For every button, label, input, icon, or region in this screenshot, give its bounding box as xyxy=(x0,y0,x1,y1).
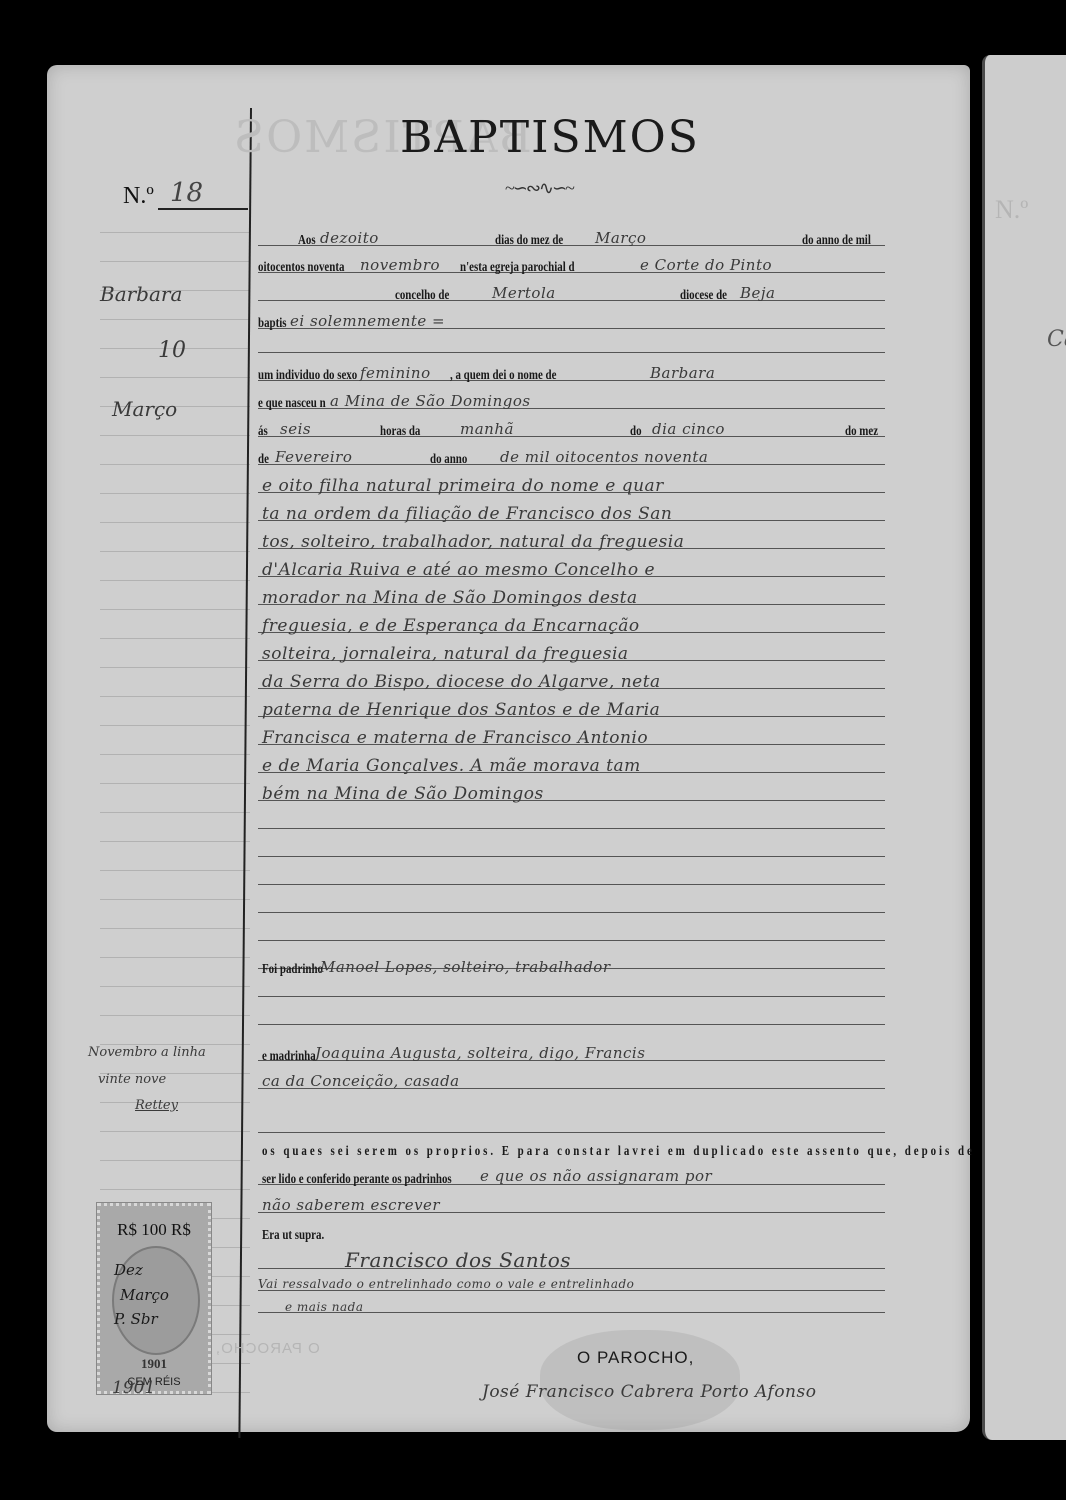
printed-label: do mez xyxy=(845,424,878,440)
margin-month: Março xyxy=(112,397,177,421)
handwritten-entry: dia cinco xyxy=(652,420,725,438)
margin-rule xyxy=(100,725,250,726)
padrinho-label: Foi padrinho xyxy=(262,962,323,978)
ruled-line xyxy=(258,436,885,437)
era-ut-supra: Era ut supra. xyxy=(262,1228,324,1244)
madrinha-label: e madrinha xyxy=(262,1049,316,1065)
revenue-stamp: R$ 100 R$ Dez Março P. Sbr 1901 CEM RÉIS xyxy=(97,1203,211,1394)
handwritten-entry: ta na ordem da filiação de Francisco dos… xyxy=(262,504,672,524)
handwritten-entry: Mertola xyxy=(492,284,556,302)
bleed-through-parocho: O PAROCHO, xyxy=(215,1340,320,1357)
ruled-line xyxy=(258,1132,885,1133)
margin-rule xyxy=(100,609,250,610)
ruled-line xyxy=(258,352,885,353)
stamp-ink-2: Março xyxy=(120,1286,169,1304)
stamp-ink-1: Dez xyxy=(114,1261,143,1279)
printed-label: baptis xyxy=(258,316,287,332)
page-title: BAPTISMOS xyxy=(400,112,700,163)
stamp-denomination: R$ 100 R$ xyxy=(100,1220,208,1240)
title-ornament: ~∽∾∿∽~ xyxy=(505,178,573,199)
handwritten-entry: de mil oitocentos noventa xyxy=(500,448,708,466)
margin-rule xyxy=(100,261,250,262)
margin-rule xyxy=(100,464,250,465)
handwritten-entry: d'Alcaria Ruiva e até ao mesmo Concelho … xyxy=(262,560,655,580)
parocho-label: O PAROCHO, xyxy=(577,1348,694,1368)
margin-rule xyxy=(100,870,250,871)
margin-rule xyxy=(100,493,250,494)
handwritten-entry: morador na Mina de São Domingos desta xyxy=(262,588,638,608)
margin-rule xyxy=(100,1160,250,1161)
madrinha-value-2: ca da Conceição, casada xyxy=(262,1072,460,1090)
stamp-year: 1901 xyxy=(100,1356,208,1372)
madrinha-value-1: Joaquina Augusta, solteira, digo, Franci… xyxy=(315,1044,645,1062)
margin-rule xyxy=(100,551,250,552)
margin-name: Barbara xyxy=(100,282,182,306)
margin-rule xyxy=(100,899,250,900)
printed-label: do anno xyxy=(430,452,467,468)
stamp-cancel-year: 1901 xyxy=(112,1378,155,1398)
margin-rule xyxy=(100,1015,250,1016)
adjacent-page-handwriting: Ca xyxy=(1047,327,1066,352)
handwritten-entry: paterna de Henrique dos Santos e de Mari… xyxy=(262,700,660,720)
printed-label: horas da xyxy=(380,424,420,440)
margin-rule xyxy=(100,1189,250,1190)
printed-label: do anno de mil xyxy=(802,233,871,249)
margin-rule xyxy=(100,377,250,378)
printed-label: e que nasceu n xyxy=(258,396,326,412)
margin-rule xyxy=(100,580,250,581)
ruled-line xyxy=(258,996,885,997)
printed-label: oitocentos noventa xyxy=(258,260,344,276)
closing-text-2: ser lido e conferido perante os padrinho… xyxy=(262,1172,452,1188)
printed-label: de xyxy=(258,452,269,468)
margin-day: 10 xyxy=(158,338,186,363)
margin-rule xyxy=(100,232,250,233)
closing-text-1: os quaes sei serem os proprios. E para c… xyxy=(262,1144,975,1160)
printed-label: diocese de xyxy=(680,288,727,304)
closing-hand-3: não saberem escrever xyxy=(262,1196,440,1214)
handwritten-entry: Beja xyxy=(740,284,776,302)
margin-rule xyxy=(100,841,250,842)
parocho-signature: José Francisco Cabrera Porto Afonso xyxy=(482,1382,816,1402)
margin-rule xyxy=(100,1131,250,1132)
adjacent-page-number-label: N.º xyxy=(995,195,1028,225)
printed-label: ás xyxy=(258,424,268,440)
handwritten-entry: freguesia, e de Esperança da Encarnação xyxy=(262,616,640,636)
entry-number-underline xyxy=(158,208,248,210)
ruled-line xyxy=(258,1024,885,1025)
printed-label: n'esta egreja parochial d xyxy=(460,260,575,276)
handwritten-entry: dezoito xyxy=(320,229,379,247)
margin-correction-2: vinte nove xyxy=(98,1072,166,1087)
margin-correction-3: Rettey xyxy=(135,1098,178,1113)
handwritten-entry: Barbara xyxy=(650,364,715,382)
handwritten-entry: Março xyxy=(595,229,646,247)
margin-rule xyxy=(100,957,250,958)
printed-label: Aos xyxy=(298,233,316,249)
entry-number-label: N.º xyxy=(123,183,154,210)
handwritten-entry: e de Maria Gonçalves. A mãe morava tam xyxy=(262,756,641,776)
margin-rule xyxy=(100,522,250,523)
adjacent-page: N.º Ca xyxy=(982,55,1066,1440)
handwritten-entry: bém na Mina de São Domingos xyxy=(262,784,544,804)
handwritten-entry: novembro xyxy=(360,256,440,274)
ruled-line xyxy=(258,856,885,857)
printed-label: dias do mez de xyxy=(495,233,563,249)
margin-rule xyxy=(100,986,250,987)
handwritten-entry: a Mina de São Domingos xyxy=(330,392,531,410)
margin-rule xyxy=(100,812,250,813)
handwritten-entry: feminino xyxy=(360,364,431,382)
ressalva-note-2: e mais nada xyxy=(285,1300,363,1314)
stamp-ink-3: P. Sbr xyxy=(114,1310,158,1328)
printed-label: um individuo do sexo xyxy=(258,368,357,384)
margin-rule xyxy=(100,928,250,929)
closing-hand-2: e que os não assignaram por xyxy=(480,1167,712,1185)
margin-rule xyxy=(100,667,250,668)
witness-signature: Francisco dos Santos xyxy=(345,1248,571,1272)
printed-label: do xyxy=(630,424,642,440)
padrinho-value: Manoel Lopes, solteiro, trabalhador xyxy=(320,958,611,976)
handwritten-entry: seis xyxy=(280,420,311,438)
margin-rule xyxy=(100,783,250,784)
ruled-line xyxy=(258,300,885,301)
handwritten-entry: ei solemnemente = xyxy=(290,312,445,330)
handwritten-entry: Francisca e materna de Francisco Antonio xyxy=(262,728,648,748)
ruled-line xyxy=(258,884,885,885)
handwritten-entry: solteira, jornaleira, natural da fregues… xyxy=(262,644,629,664)
margin-correction-1: Novembro a linha xyxy=(88,1045,206,1060)
handwritten-entry: Fevereiro xyxy=(275,448,352,466)
margin-rule xyxy=(100,435,250,436)
printed-label: concelho de xyxy=(395,288,449,304)
margin-rule xyxy=(100,638,250,639)
handwritten-entry: tos, solteiro, trabalhador, natural da f… xyxy=(262,532,684,552)
margin-rule xyxy=(100,319,250,320)
entry-number-value: 18 xyxy=(170,178,203,208)
handwritten-entry: manhã xyxy=(460,420,514,438)
handwritten-entry: e oito filha natural primeira do nome e … xyxy=(262,476,664,496)
water-stain xyxy=(540,1330,740,1430)
ressalva-note-1: Vai ressalvado o entrelinhado como o val… xyxy=(258,1277,634,1291)
handwritten-entry: e Corte do Pinto xyxy=(640,256,772,274)
handwritten-entry: da Serra do Bispo, diocese do Algarve, n… xyxy=(262,672,661,692)
ruled-line xyxy=(258,912,885,913)
ruled-line xyxy=(258,940,885,941)
margin-rule xyxy=(100,754,250,755)
margin-rule xyxy=(100,696,250,697)
ruled-line xyxy=(258,828,885,829)
printed-label: , a quem dei o nome de xyxy=(450,368,556,384)
